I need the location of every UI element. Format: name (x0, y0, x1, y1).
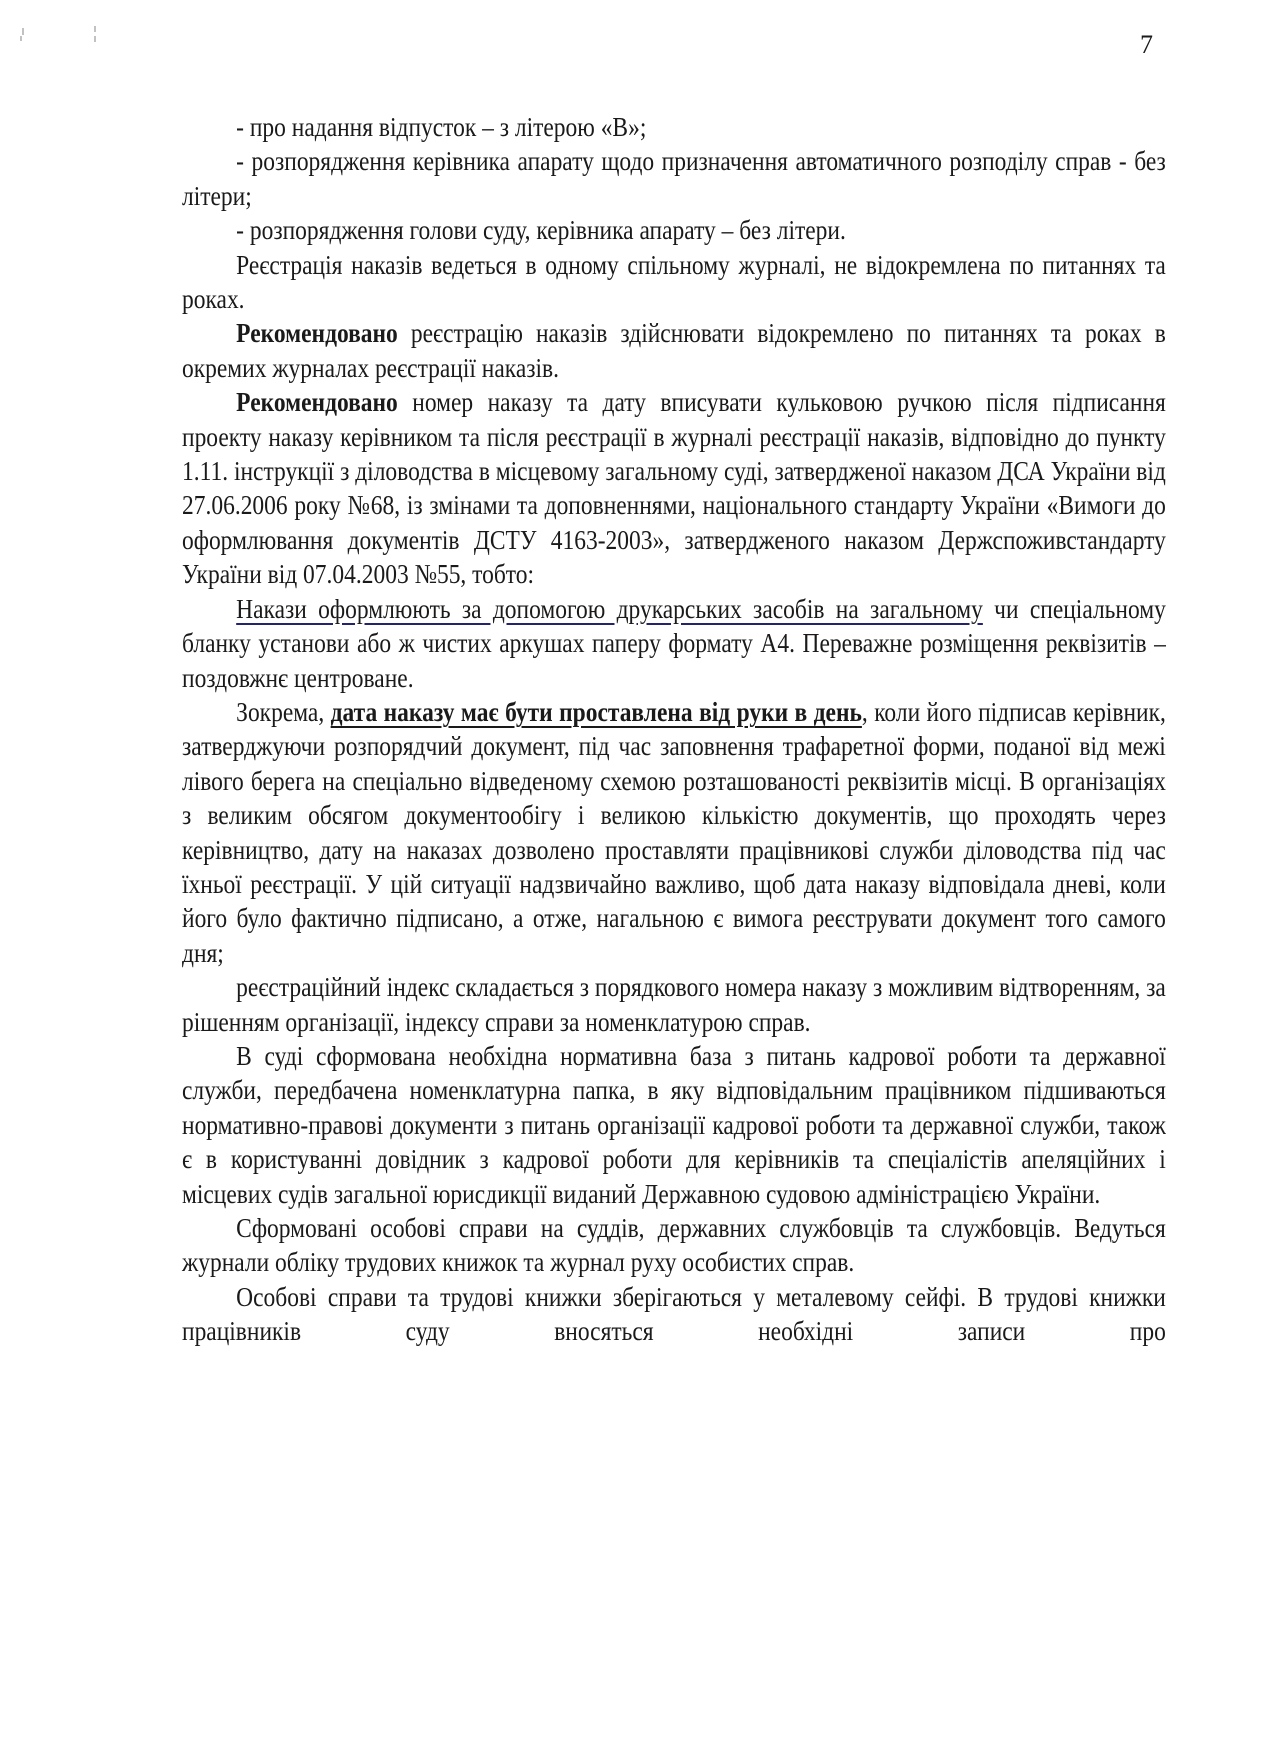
paragraph-text: - про надання відпусток – з літерою «В»; (236, 112, 646, 142)
scan-artifact-mark (20, 36, 22, 41)
paragraph-text: В суді сформована необхідна нормативна б… (182, 1041, 1166, 1209)
paragraph-safe-storage: Особові справи та трудові книжки зберіга… (182, 1280, 1166, 1349)
paragraph-text: - розпорядження керівника апарату щодо п… (182, 146, 1166, 210)
paragraph-recommendation-separate-journals: Рекомендовано реєстрацію наказів здійсню… (182, 316, 1166, 385)
paragraph-text: Сформовані особові справи на суддів, дер… (182, 1213, 1166, 1277)
page-number: 7 (1140, 30, 1153, 60)
paragraph-recommendation-number-date: Рекомендовано номер наказу та дату впису… (182, 385, 1166, 591)
paragraph-lead: Зокрема, (236, 697, 330, 727)
paragraph-registration-journal: Реєстрація наказів ведеться в одному спі… (182, 248, 1166, 317)
document-page: 7 - про надання відпусток – з літерою «В… (0, 0, 1275, 1755)
paragraph-personal-files: Сформовані особові справи на суддів, дер… (182, 1211, 1166, 1280)
paragraph-order-date: Зокрема, дата наказу має бути проставлен… (182, 695, 1166, 970)
paragraph-registration-index: реєстраційний індекс складається з поряд… (182, 970, 1166, 1039)
paragraph-leave-letter: - про надання відпусток – з літерою «В»; (182, 110, 1166, 144)
paragraph-order-formatting: Накази оформлюють за допомогою друкарськ… (182, 592, 1166, 695)
scan-artifact-mark (94, 36, 96, 42)
paragraph-normative-base: В суді сформована необхідна нормативна б… (182, 1039, 1166, 1211)
recommendation-lead: Рекомендовано (236, 318, 398, 348)
paragraph-text: номер наказу та дату вписувати кульковою… (182, 387, 1166, 589)
underlined-text: Накази оформлюють за допомогою друкарськ… (236, 594, 983, 624)
recommendation-lead: Рекомендовано (236, 387, 398, 417)
scan-artifact-mark (94, 26, 96, 32)
document-body: - про надання відпусток – з літерою «В»;… (182, 110, 1166, 1349)
scan-artifact-mark (22, 28, 24, 35)
paragraph-text: - розпорядження голови суду, керівника а… (236, 215, 846, 245)
paragraph-auto-distribution: - розпорядження керівника апарату щодо п… (182, 144, 1166, 213)
paragraph-text: реєстраційний індекс складається з поряд… (182, 972, 1166, 1036)
paragraph-text: Реєстрація наказів ведеться в одному спі… (182, 250, 1166, 314)
paragraph-head-orders: - розпорядження голови суду, керівника а… (182, 213, 1166, 247)
paragraph-text: , коли його підписав керівник, затверджу… (182, 697, 1166, 968)
bold-underlined-text: дата наказу має бути проставлена від рук… (331, 697, 862, 727)
paragraph-text: Особові справи та трудові книжки зберіга… (182, 1282, 1166, 1346)
